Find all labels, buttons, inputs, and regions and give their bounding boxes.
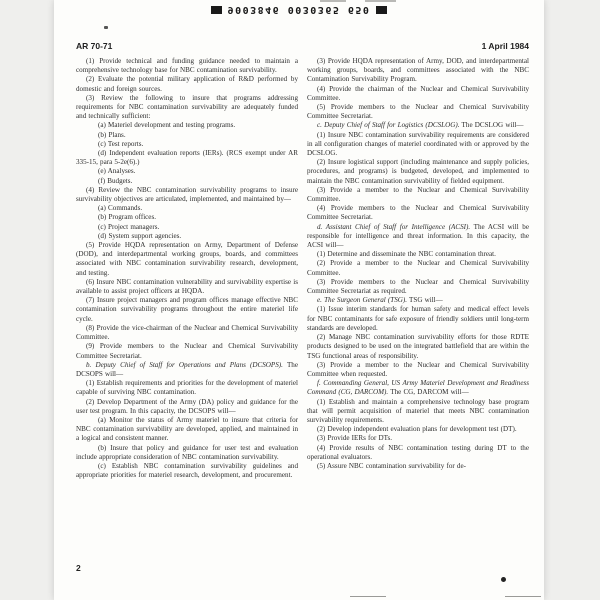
paragraph: (2) Develop Department of the Army (DA) … — [76, 398, 298, 416]
paragraph: (6) Insure NBC contamination vulnerabili… — [76, 278, 298, 296]
stamp-right-block-icon — [376, 6, 387, 14]
paragraph: (7) Insure project managers and program … — [76, 296, 298, 324]
paragraph: (3) Provide members to the Nuclear and C… — [307, 278, 529, 296]
section-heading-italic: f. Commanding General, US Army Materiel … — [307, 379, 529, 396]
paragraph: (5) Provide members to the Nuclear and C… — [307, 103, 529, 121]
paragraph: (5) Assure NBC contamination survivabili… — [307, 462, 529, 471]
paragraph: (2) Insure logistical support (including… — [307, 158, 529, 186]
scan-dot — [501, 577, 506, 582]
scan-artifact-line — [505, 596, 541, 597]
page-header: AR 70-71 1 April 1984 — [76, 41, 529, 51]
scan-artifact-line — [320, 0, 346, 2]
scan-artifact-line — [365, 0, 396, 2]
paragraph: (b) Insure that policy and guidance for … — [76, 444, 298, 462]
section-heading-paragraph: f. Commanding General, US Army Materiel … — [307, 379, 529, 397]
paragraph: (3) Provide a member to the Nuclear and … — [307, 186, 529, 204]
paragraph: (4) Provide the chairman of the Nuclear … — [307, 85, 529, 103]
paragraph: (8) Provide the vice-chairman of the Nuc… — [76, 324, 298, 342]
scanned-document-page: 9003846 0030365 650 AR 70-71 1 April 198… — [54, 0, 544, 600]
paragraph: (c) Establish NBC contamination survivab… — [76, 462, 298, 480]
page-number: 2 — [76, 563, 81, 573]
publication-date: 1 April 1984 — [482, 41, 529, 51]
paragraph: (a) Materiel development and testing pro… — [76, 121, 298, 130]
paragraph: (1) Establish and maintain a comprehensi… — [307, 398, 529, 426]
section-heading-paragraph: e. The Surgeon General (TSG). TSG will— — [307, 296, 529, 305]
paragraph: (2) Manage NBC contamination survivabili… — [307, 333, 529, 361]
scan-speck — [104, 26, 108, 29]
section-heading-italic: c. Deputy Chief of Staff for Logistics (… — [317, 121, 460, 129]
paragraph: (b) Program offices. — [76, 213, 298, 222]
paragraph: (b) Plans. — [76, 131, 298, 140]
section-heading-paragraph: b. Deputy Chief of Staff for Operations … — [76, 361, 298, 379]
column-right: (3) Provide HQDA representation of Army,… — [307, 57, 529, 480]
paragraph: (a) Commands. — [76, 204, 298, 213]
body-columns: (1) Provide technical and funding guidan… — [76, 57, 529, 480]
paragraph: (d) Independent evaluation reports (IERs… — [76, 149, 298, 167]
paragraph: (a) Monitor the status of Army materiel … — [76, 416, 298, 444]
paragraph: (e) Analyses. — [76, 167, 298, 176]
regulation-number: AR 70-71 — [76, 41, 112, 51]
paragraph: (4) Review the NBC contamination surviva… — [76, 186, 298, 204]
paragraph: (1) Issue interim standards for human sa… — [307, 305, 529, 333]
paragraph: (1) Provide technical and funding guidan… — [76, 57, 298, 75]
paragraph: (1) Establish requirements and prioritie… — [76, 379, 298, 397]
paragraph: (1) Insure NBC contamination survivabili… — [307, 131, 529, 159]
paragraph: (4) Provide members to the Nuclear and C… — [307, 204, 529, 222]
section-heading-paragraph: c. Deputy Chief of Staff for Logistics (… — [307, 121, 529, 130]
paragraph: (f) Budgets. — [76, 177, 298, 186]
section-heading-italic: b. Deputy Chief of Staff for Operations … — [86, 361, 283, 369]
paragraph: (2) Evaluate the potential military appl… — [76, 75, 298, 93]
paragraph: (3) Provide IERs for DTs. — [307, 434, 529, 443]
paragraph: (3) Provide HQDA representation of Army,… — [307, 57, 529, 85]
paragraph: (3) Review the following to insure that … — [76, 94, 298, 122]
paragraph: (2) Develop independent evaluation plans… — [307, 425, 529, 434]
paragraph: (2) Provide a member to the Nuclear and … — [307, 259, 529, 277]
section-heading-paragraph: d. Assistant Chief of Staff for Intellig… — [307, 223, 529, 251]
paragraph: (5) Provide HQDA representation on Army,… — [76, 241, 298, 278]
stamp-left-block-icon — [211, 6, 222, 14]
column-left: (1) Provide technical and funding guidan… — [76, 57, 298, 480]
paragraph: (3) Provide a member to the Nuclear and … — [307, 361, 529, 379]
ocr-number-stamp: 9003846 0030365 650 — [54, 4, 544, 15]
scan-artifact-line — [350, 596, 386, 597]
stamp-digits: 9003846 0030365 650 — [228, 4, 371, 15]
paragraph: (c) Project managers. — [76, 223, 298, 232]
paragraph: (4) Provide results of NBC contamination… — [307, 444, 529, 462]
section-heading-italic: d. Assistant Chief of Staff for Intellig… — [317, 223, 470, 231]
section-heading-italic: e. The Surgeon General (TSG). — [317, 296, 407, 304]
paragraph: (1) Determine and disseminate the NBC co… — [307, 250, 529, 259]
paragraph: (d) System support agencies. — [76, 232, 298, 241]
paragraph: (9) Provide members to the Nuclear and C… — [76, 342, 298, 360]
paragraph: (c) Test reports. — [76, 140, 298, 149]
